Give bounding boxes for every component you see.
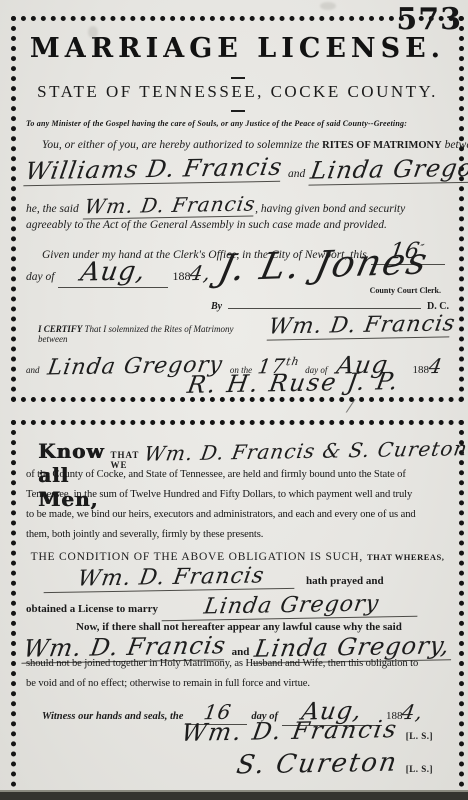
printed-and: and [288, 168, 305, 180]
month-handwritten: Aug, [79, 256, 148, 287]
signature-2-handwritten: S. Cureton [234, 748, 400, 781]
bond-body-line: them, both jointly and severally, firmly… [26, 529, 451, 540]
bond-body-text: of the County of Cocke, and State of Ten… [26, 469, 451, 540]
now-if-clause: Now, if there shall not hereafter appear… [76, 621, 402, 633]
page-number: 573 [396, 2, 462, 37]
obligor-signature-2: S. Cureton [L. S.] [237, 749, 433, 779]
groom-name-repeat-handwritten: Wm. D. Francis [82, 192, 257, 220]
that-we-label: That we [110, 450, 139, 470]
joined-line-2: be void and of no effect; otherwise to r… [26, 678, 310, 689]
he-said-line: he, the said Wm. D. Francis , having giv… [26, 193, 451, 218]
scan-smudge [320, 2, 336, 10]
by-deputy-line: By D. C. [211, 301, 449, 312]
divider-dash [231, 77, 245, 79]
scanned-marriage-license-page: 573 MARRIAGE LICENSE. STATE OF TENNESSEE… [0, 0, 468, 800]
bride-name-handwritten: Linda Gregory [309, 153, 468, 185]
obligors-handwritten: Wm. D. Francis & S. Cureton [143, 436, 468, 466]
dc-label: D. C. [427, 301, 449, 312]
signature-1-handwritten: Wm. D. Francis [180, 715, 401, 747]
bond-body-line: to be made, we bind our heirs, executors… [26, 509, 451, 520]
officiant-signature-block: R. H. Ruse J. P. [188, 369, 399, 397]
by-label: By [211, 301, 222, 312]
obtained-license-line: obtained a License to marry Linda Gregor… [26, 593, 419, 619]
obligor-signature-1: Wm. D. Francis [L. S.] [182, 717, 433, 745]
condition-groom-handwritten: Wm. D. Francis [44, 563, 299, 593]
certify-line: I CERTIFY That I solemnized the Rites of… [38, 321, 451, 344]
bond-chain-border-box: Know all Men, That we Wm. D. Francis & S… [11, 420, 464, 797]
scan-smudge [88, 26, 98, 38]
condition-heading: The Condition of the above Obligation is… [16, 547, 459, 565]
state-county-subtitle: STATE OF TENNESSEE, COCKE COUNTY. [16, 82, 459, 102]
greeting-line: To any Minister of the Gospel having the… [26, 119, 407, 128]
month-blank: Aug, [58, 257, 168, 288]
bond-body-line: Tennessee, in the sum of Twelve Hundred … [26, 489, 451, 500]
authorization-line: You, or either of you, are hereby author… [42, 139, 453, 151]
agreeably-line: agreeably to the Act of the General Asse… [26, 219, 387, 231]
couple-names-line: Williams D. Francis and Linda Gregory [26, 155, 468, 184]
joined-line-1: should not be joined together in Holy Ma… [26, 658, 418, 669]
clerk-title-label: County Court Clerk. [370, 286, 441, 295]
bond-body-line: of the County of Cocke, and State of Ten… [26, 469, 451, 480]
seal-label-2: [L. S.] [406, 764, 433, 774]
clerk-signature-block: J. L. Jones County Court Clerk. [206, 243, 441, 298]
certify-year-digit-handwritten: 4 [427, 354, 445, 378]
certify-year-printed: 188 [413, 364, 430, 376]
deputy-blank [228, 308, 421, 309]
license-chain-border-box: MARRIAGE LICENSE. STATE OF TENNESSEE, CO… [11, 16, 464, 402]
hath-prayed-line: Wm. D. Francis hath prayed and [46, 565, 449, 591]
certify-groom-handwritten: Wm. D. Francis [266, 311, 453, 340]
clerk-signature-handwritten: J. L. Jones [214, 239, 432, 289]
divider-dash [231, 110, 245, 112]
officiant-signature-handwritten: R. H. Ruse J. P. [185, 367, 401, 399]
document-title: MARRIAGE LICENSE. [16, 33, 459, 64]
seal-label-1: [L. S.] [406, 731, 433, 741]
scan-bottom-edge [0, 792, 468, 800]
groom-name-handwritten: Williams D. Francis [23, 153, 284, 186]
condition-bride-handwritten: Linda Gregory [162, 591, 422, 621]
